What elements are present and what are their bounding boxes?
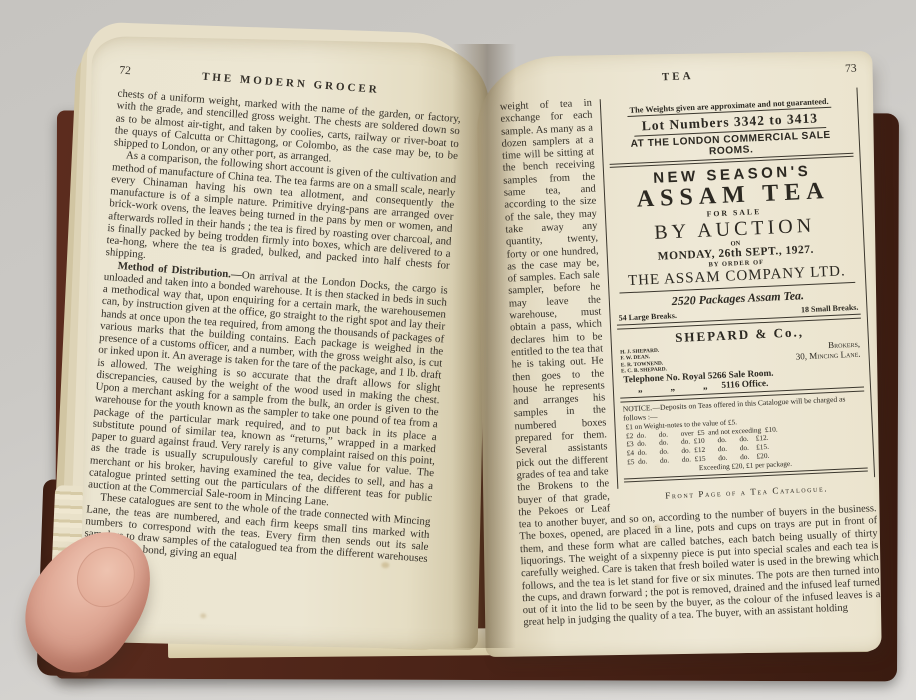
brokers-address: Brokers, 30, Mincing Lane. [795, 338, 861, 367]
foxing-spot [200, 613, 206, 618]
foxing-spot [654, 524, 661, 530]
book-photograph: 72 THE MODERN GROCER chests of a uniform… [0, 0, 916, 700]
right-page-header: TEA 73 [499, 63, 857, 91]
foxing-spot [381, 562, 389, 568]
right-page: TEA 73 The Weights given are approximate… [476, 51, 881, 657]
right-page-text: TEA 73 The Weights given are approximate… [499, 63, 882, 630]
right-page-number: 73 [826, 63, 857, 76]
left-page-number: 72 [119, 64, 150, 78]
right-page-flow: The Weights given are approximate and no… [500, 86, 882, 630]
tea-auction-advert: The Weights given are approximate and no… [600, 88, 876, 503]
thumb-nail [65, 536, 146, 619]
running-title-right: TEA [529, 64, 827, 90]
paragraph: Method of Distribution.—On arrival at th… [88, 258, 448, 516]
brokers-street: 30, Mincing Lane. [795, 348, 860, 361]
left-page-text: 72 THE MODERN GROCER chests of a uniform… [83, 64, 463, 577]
catalogue-front-page: The Weights given are approximate and no… [600, 88, 875, 489]
partner-names: H. J. SHEPARD. F. W. DEAN. E. R. TOWNEND… [620, 347, 667, 375]
small-breaks: 18 Small Breaks. [801, 303, 859, 315]
large-breaks: 54 Large Breaks. [618, 311, 677, 323]
